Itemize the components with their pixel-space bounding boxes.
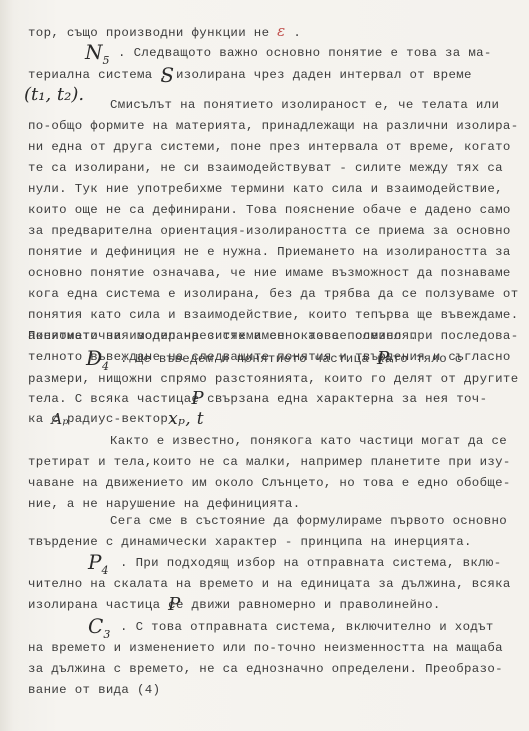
text-line: нули. Тук ние употребихме термини като с…: [28, 182, 503, 196]
text-line: Смисълът на понятието изолираност е, че …: [110, 98, 499, 112]
text-line: Както е известно, понякога като частици …: [110, 434, 507, 448]
text-line: изолирана частица P се движи равномерно …: [28, 598, 441, 612]
point-symbol: Aₚ: [51, 412, 69, 426]
text-line: третират и тела,които не са малки, напри…: [28, 455, 511, 469]
text-line: ка Aₚ с радиус-векторxₚ, t.: [28, 412, 176, 426]
text-line: тела. С всяка частицаPе свързана една ха…: [28, 392, 487, 406]
text: тор, също производни функции не: [28, 26, 269, 40]
text-line: те са изолирани, не си взаимодействуват …: [28, 161, 503, 175]
particle-symbol: P: [192, 392, 204, 406]
text-line: ни една от друга системи, поне през инте…: [28, 140, 511, 154]
text-line: понятие и дефиниция не е нужна. Приемане…: [28, 245, 511, 259]
text-line: чаване на движението им около Слънцето, …: [28, 476, 511, 490]
text-line: за предварителна ориентация-изолираностт…: [28, 224, 511, 238]
text-line: кога една система е изолирана, без да тр…: [28, 287, 519, 301]
principle-marker-p4: P4: [88, 550, 108, 577]
text-line: твърдение с динамически характер - принц…: [28, 535, 472, 549]
text-line: . При подходящ избор на отправната систе…: [120, 556, 502, 570]
text-line: размери, нищожни спрямо разстоянията, ко…: [28, 372, 519, 386]
text-line: териална система S, изолирана чрез даден…: [28, 68, 472, 82]
text-line: Сега сме в състояние да формулираме първ…: [110, 514, 507, 528]
radius-vector: xₚ, t: [168, 412, 204, 426]
particle-symbol: P: [377, 352, 389, 366]
text-line: на времето и изменението или по-точно не…: [28, 641, 503, 655]
text-line: понятия като сила и взаимодействие, коит…: [28, 308, 519, 322]
text-line: . С това отправната система, включително…: [120, 620, 494, 634]
handwritten-symbol: ε: [277, 22, 285, 40]
definition-marker-d4: D4: [86, 346, 109, 373]
particle-symbol: P: [168, 598, 180, 612]
text-line: които още не са дефинирани. Това пояснен…: [28, 203, 511, 217]
scanned-page: тор, също производни функции не ε . N5 .…: [0, 0, 529, 731]
time-interval: (t₁, t₂).: [24, 84, 84, 105]
definition-marker-n5: N5: [85, 40, 110, 67]
text-line: вание от вида (4): [28, 683, 160, 697]
consequence-marker-c3: C3: [88, 614, 110, 641]
text-line: аксиоматичния модел чрез тях именно то с…: [28, 329, 417, 343]
text-line: основно понятие означава, че ние имаме в…: [28, 266, 511, 280]
system-symbol: S: [160, 68, 174, 82]
text-line: тор, също производни функции не ε .: [28, 24, 301, 40]
text-line: по-общо формите на материята, принадлежа…: [28, 119, 519, 133]
text-line: ние, а не нарушение на дефиницията.: [28, 497, 301, 511]
text-line: . Следващото важно основно понятие е тов…: [118, 46, 492, 60]
text-line: чително на скалата на времето и на едини…: [28, 577, 511, 591]
text-line: за дължина с времето, не са еднозначно о…: [28, 662, 503, 676]
text-line: . Ще въведем и понятието частица P като …: [120, 352, 463, 366]
